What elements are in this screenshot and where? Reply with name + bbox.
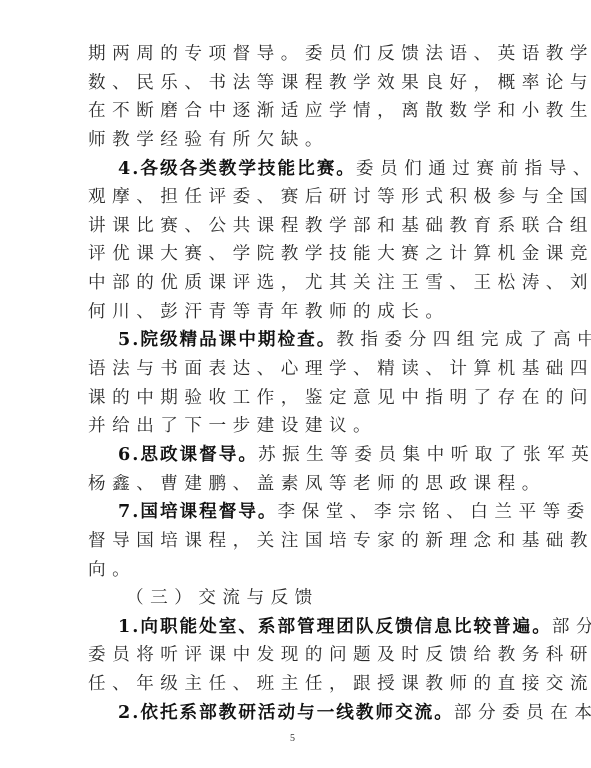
text-line: 何川、彭汗青等青年教师的成长。 bbox=[88, 298, 502, 327]
section-subheading: （三）交流与反馈 bbox=[88, 584, 502, 613]
item-heading: 5.院级精品课中期检查。 bbox=[118, 329, 336, 350]
paragraph-item-6: 6.思政课督导。苏振生等委员集中听取了张军英、何川、 杨鑫、曹建鹏、盖素凤等老师… bbox=[88, 441, 502, 498]
text-line: 委员将听评课中发现的问题及时反馈给教务科研处、系部主 bbox=[88, 641, 502, 670]
item-heading: 4.各级各类教学技能比赛。 bbox=[118, 158, 356, 179]
text-line: 中部的优质课评选，尤其关注王雪、王松涛、刘素嘉、李唐、 bbox=[88, 269, 502, 298]
page-body: 期两周的专项督导。委员们反馈法语、英语教学论、线性代 数、民乐、书法等课程教学效… bbox=[88, 40, 502, 727]
paragraph-item-7: 7.国培课程督导。李保堂、李宗铭、白兰平等委员专门 督导国培课程，关注国培专家的… bbox=[88, 498, 502, 584]
paragraph-item-5: 5.院级精品课中期检查。教指委分四组完成了高中英语 语法与书面表达、心理学、精读… bbox=[88, 326, 502, 441]
paragraph-continuation: 期两周的专项督导。委员们反馈法语、英语教学论、线性代 数、民乐、书法等课程教学效… bbox=[88, 40, 502, 155]
item-text: 李保堂、李宗铭、白兰平等委员专门 bbox=[278, 502, 591, 522]
text-line: 数、民乐、书法等课程教学效果良好，概率论与数理统计课 bbox=[88, 69, 502, 98]
text-line: 任、年级主任、班主任，跟授课教师的直接交流较少。 bbox=[88, 670, 502, 699]
paragraph-item-4: 4.各级各类教学技能比赛。委员们通过赛前指导、现场 观摩、担任评委、赛后研讨等形… bbox=[88, 155, 502, 327]
text-line: 杨鑫、曹建鹏、盖素凤等老师的思政课程。 bbox=[88, 470, 502, 499]
text-line: 向。 bbox=[88, 556, 502, 585]
item-heading: 6.思政课督导。 bbox=[118, 444, 258, 465]
text-line: 评优课大赛、学院教学技能大赛之计算机金课竞赛、西藏高 bbox=[88, 240, 502, 269]
text-line: 观摩、担任评委、赛后研讨等形式积极参与全国内地西藏班 bbox=[88, 183, 502, 212]
text-line: 6.思政课督导。苏振生等委员集中听取了张军英、何川、 bbox=[88, 441, 502, 470]
text-line: 督导国培课程，关注国培专家的新理念和基础教育教改新动 bbox=[88, 527, 502, 556]
text-line: 师教学经验有所欠缺。 bbox=[88, 126, 502, 155]
text-line: 5.院级精品课中期检查。教指委分四组完成了高中英语 bbox=[88, 326, 502, 355]
text-line: 2.依托系部教研活动与一线教师交流。部分委员在本系 bbox=[88, 699, 502, 728]
item-text: 苏振生等委员集中听取了张军英、何川、 bbox=[258, 445, 591, 465]
page-number: 5 bbox=[290, 733, 295, 744]
paragraph-section3-item-1: 1.向职能处室、系部管理团队反馈信息比较普遍。部分 委员将听评课中发现的问题及时… bbox=[88, 613, 502, 699]
text-line: 语法与书面表达、心理学、精读、计算机基础四门院级精品 bbox=[88, 355, 502, 384]
text-line: 并给出了下一步建设建议。 bbox=[88, 412, 502, 441]
text-line: 7.国培课程督导。李保堂、李宗铭、白兰平等委员专门 bbox=[88, 498, 502, 527]
item-heading: 1.向职能处室、系部管理团队反馈信息比较普遍。 bbox=[118, 616, 552, 637]
text-line: 1.向职能处室、系部管理团队反馈信息比较普遍。部分 bbox=[88, 613, 502, 642]
text-line: 课的中期验收工作，鉴定意见中指明了存在的问题与不足， bbox=[88, 384, 502, 413]
text-line: 讲课比赛、公共课程教学部和基础教育系联合组织青年教师 bbox=[88, 212, 502, 241]
item-text: 部分委员在本系 bbox=[454, 703, 591, 723]
item-text: 委员们通过赛前指导、现场 bbox=[356, 159, 591, 179]
item-text: 部分 bbox=[552, 617, 591, 637]
item-heading: 7.国培课程督导。 bbox=[118, 501, 278, 522]
item-text: 教指委分四组完成了高中英语 bbox=[336, 330, 591, 350]
text-line: 4.各级各类教学技能比赛。委员们通过赛前指导、现场 bbox=[88, 155, 502, 184]
text-line: 在不断磨合中逐渐适应学情，离散数学和小教生物课外聘教 bbox=[88, 97, 502, 126]
document-page: 期两周的专项督导。委员们反馈法语、英语教学论、线性代 数、民乐、书法等课程教学效… bbox=[0, 0, 591, 768]
item-heading: 2.依托系部教研活动与一线教师交流。 bbox=[118, 702, 454, 723]
text-line: 期两周的专项督导。委员们反馈法语、英语教学论、线性代 bbox=[88, 40, 502, 69]
paragraph-section3-item-2: 2.依托系部教研活动与一线教师交流。部分委员在本系 bbox=[88, 699, 502, 728]
